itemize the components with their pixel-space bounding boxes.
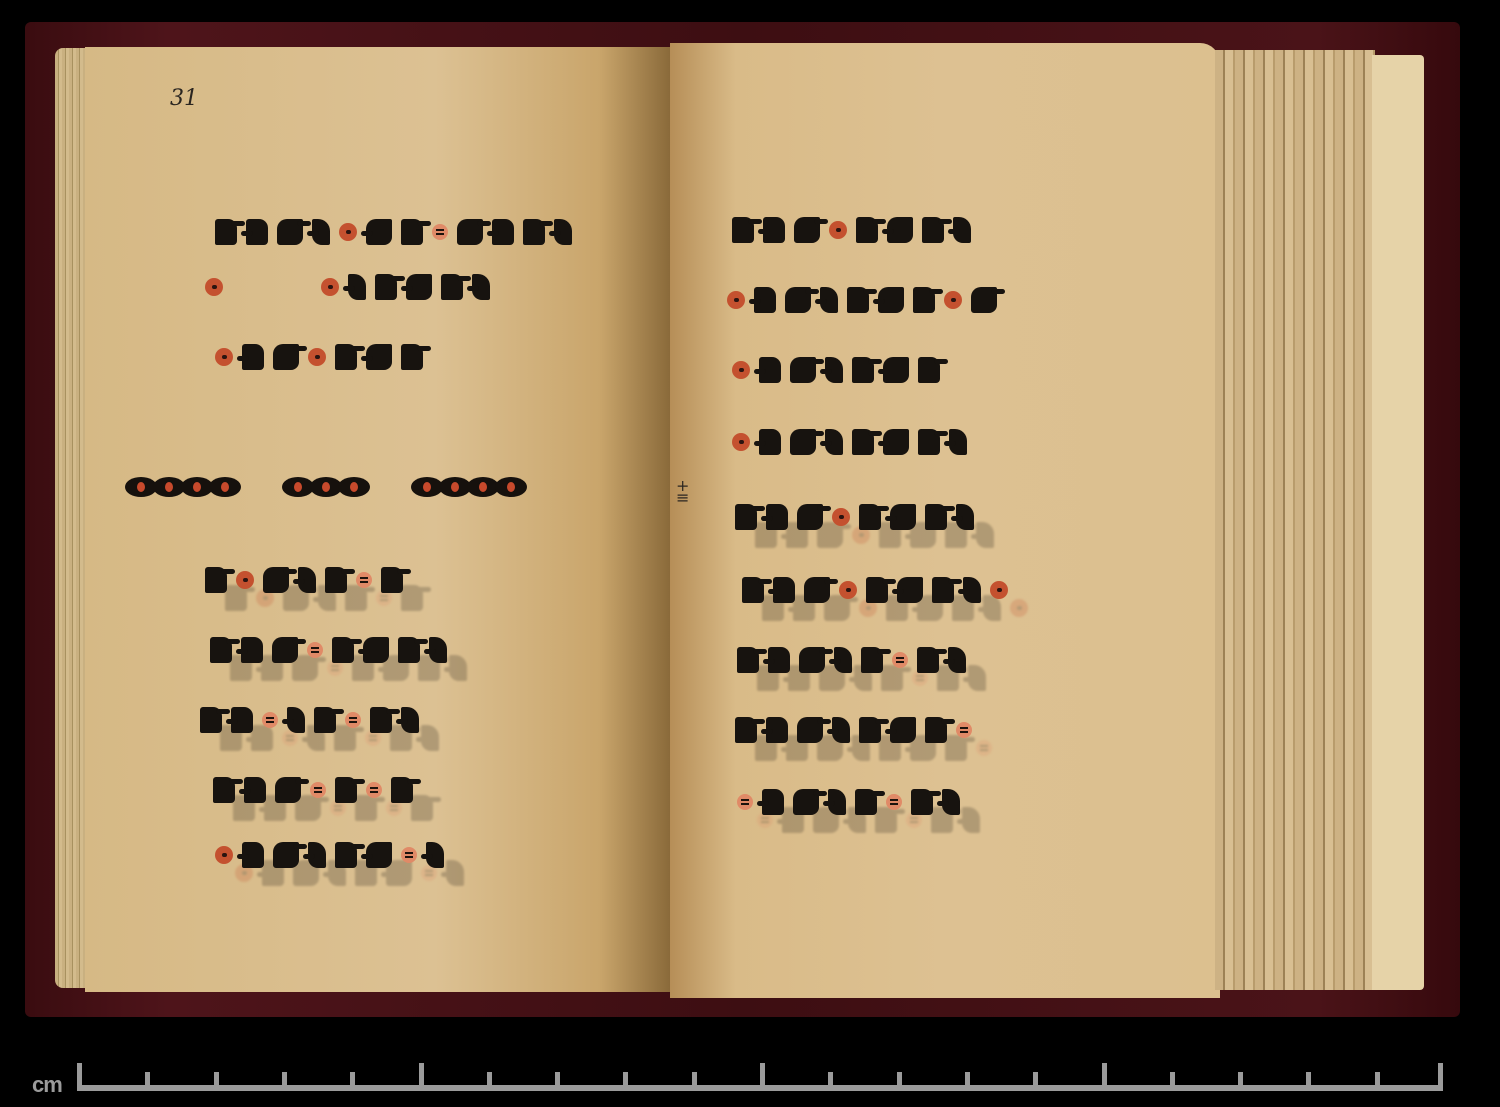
- script-glyph: [825, 357, 843, 383]
- script-glyph: [411, 795, 433, 821]
- red-word-divider: [215, 846, 233, 864]
- script-glyph: [847, 287, 869, 313]
- script-glyph: [932, 577, 954, 603]
- minor-tick: [1170, 1072, 1175, 1086]
- script-glyph: [883, 357, 909, 383]
- script-glyph: [852, 429, 874, 455]
- script-glyph: [366, 842, 392, 868]
- script-glyph: [834, 647, 852, 673]
- red-word-divider: [732, 361, 750, 379]
- red-word-divider: [732, 433, 750, 451]
- left-page-text-line: [215, 838, 444, 872]
- script-glyph: [200, 707, 222, 733]
- script-glyph: [398, 637, 420, 663]
- right-page-text-line: [737, 643, 966, 677]
- right-page-text-line: [735, 713, 972, 747]
- flyleaf: [1372, 55, 1424, 990]
- red-punctuation: [401, 847, 417, 863]
- major-tick: [760, 1063, 765, 1086]
- minor-tick: [1033, 1072, 1038, 1086]
- script-glyph: [971, 287, 997, 313]
- rubric-bead: [209, 477, 241, 497]
- right-page-text-line: [732, 353, 940, 387]
- script-glyph: [325, 567, 347, 593]
- script-glyph: [366, 344, 392, 370]
- red-punctuation: [976, 740, 992, 756]
- script-glyph: [523, 219, 545, 245]
- minor-tick: [282, 1072, 287, 1086]
- red-punctuation: [262, 712, 278, 728]
- script-glyph: [287, 707, 305, 733]
- red-word-divider: [839, 581, 857, 599]
- script-glyph: [911, 789, 933, 815]
- script-glyph: [735, 504, 757, 530]
- red-punctuation: [432, 224, 448, 240]
- script-glyph: [401, 707, 419, 733]
- script-glyph: [925, 717, 947, 743]
- script-glyph: [962, 807, 980, 833]
- red-word-divider: [339, 223, 357, 241]
- script-glyph: [820, 287, 838, 313]
- folio-number: 31: [170, 86, 198, 111]
- script-glyph: [215, 219, 237, 245]
- script-glyph: [332, 637, 354, 663]
- script-glyph: [370, 707, 392, 733]
- script-glyph: [242, 344, 264, 370]
- script-glyph: [794, 217, 820, 243]
- left-page-text-line: [210, 633, 447, 667]
- script-glyph: [925, 504, 947, 530]
- major-tick: [419, 1063, 424, 1086]
- left-page-text-line: [200, 703, 419, 737]
- script-glyph: [754, 287, 776, 313]
- script-glyph: [210, 637, 232, 663]
- script-glyph: [859, 504, 881, 530]
- section-divider: [125, 477, 237, 497]
- script-glyph: [859, 717, 881, 743]
- script-glyph: [768, 647, 790, 673]
- major-tick: [1438, 1063, 1443, 1086]
- script-glyph: [887, 217, 913, 243]
- script-glyph: [273, 344, 299, 370]
- script-glyph: [804, 577, 830, 603]
- script-glyph: [797, 717, 823, 743]
- red-punctuation: [366, 782, 382, 798]
- right-page-text-line: [735, 500, 974, 534]
- rubric-bead: [338, 477, 370, 497]
- script-glyph: [766, 504, 788, 530]
- red-punctuation: [356, 572, 372, 588]
- right-page-text-line: [737, 785, 960, 819]
- script-glyph: [828, 789, 846, 815]
- red-word-divider: [308, 348, 326, 366]
- major-tick: [1102, 1063, 1107, 1086]
- major-tick: [77, 1063, 82, 1086]
- scale-bar: cm: [30, 1060, 1450, 1100]
- script-glyph: [832, 717, 850, 743]
- script-glyph: [825, 429, 843, 455]
- script-glyph: [401, 585, 423, 611]
- script-glyph: [335, 777, 357, 803]
- script-glyph: [949, 429, 967, 455]
- script-glyph: [335, 344, 357, 370]
- script-glyph: [917, 647, 939, 673]
- script-glyph: [273, 842, 299, 868]
- script-glyph: [426, 842, 444, 868]
- left-page-text-line: [215, 215, 572, 249]
- script-glyph: [762, 789, 784, 815]
- script-glyph: [246, 219, 268, 245]
- minor-tick: [555, 1072, 560, 1086]
- minor-tick: [1238, 1072, 1243, 1086]
- script-glyph: [554, 219, 572, 245]
- script-glyph: [401, 344, 423, 370]
- rubric-bead: [495, 477, 527, 497]
- minor-tick: [1375, 1072, 1380, 1086]
- script-glyph: [449, 655, 467, 681]
- red-punctuation: [956, 722, 972, 738]
- red-word-divider: [829, 221, 847, 239]
- red-word-divider: [236, 571, 254, 589]
- minor-tick: [214, 1072, 219, 1086]
- script-glyph: [922, 217, 944, 243]
- script-glyph: [790, 357, 816, 383]
- script-glyph: [272, 637, 298, 663]
- script-glyph: [759, 357, 781, 383]
- script-glyph: [942, 789, 960, 815]
- red-word-divider: [321, 278, 339, 296]
- script-glyph: [348, 274, 366, 300]
- script-glyph: [421, 725, 439, 751]
- script-glyph: [785, 287, 811, 313]
- red-word-divider: [1010, 599, 1028, 617]
- red-punctuation: [307, 642, 323, 658]
- script-glyph: [855, 789, 877, 815]
- script-glyph: [918, 357, 940, 383]
- script-glyph: [861, 647, 883, 673]
- script-glyph: [231, 707, 253, 733]
- right-page-text-line: [727, 283, 997, 317]
- red-word-divider: [944, 291, 962, 309]
- script-glyph: [963, 577, 981, 603]
- right-page-edges: [1215, 50, 1375, 990]
- red-punctuation: [886, 794, 902, 810]
- script-glyph: [913, 287, 935, 313]
- red-punctuation: [892, 652, 908, 668]
- script-glyph: [759, 429, 781, 455]
- left-page-text-line: [125, 470, 559, 504]
- script-glyph: [737, 647, 759, 673]
- minor-tick: [1306, 1072, 1311, 1086]
- minor-tick: [623, 1072, 628, 1086]
- script-glyph: [878, 287, 904, 313]
- script-glyph: [441, 274, 463, 300]
- red-punctuation: [310, 782, 326, 798]
- script-glyph: [446, 860, 464, 886]
- script-glyph: [732, 217, 754, 243]
- script-glyph: [948, 647, 966, 673]
- script-glyph: [897, 577, 923, 603]
- red-word-divider: [832, 508, 850, 526]
- script-glyph: [976, 522, 994, 548]
- script-glyph: [457, 219, 483, 245]
- script-glyph: [742, 577, 764, 603]
- left-page-text-line: [213, 773, 413, 807]
- minor-tick: [145, 1072, 150, 1086]
- script-glyph: [890, 717, 916, 743]
- script-glyph: [308, 842, 326, 868]
- script-glyph: [241, 637, 263, 663]
- script-glyph: [366, 219, 392, 245]
- minor-tick: [965, 1072, 970, 1086]
- script-glyph: [335, 842, 357, 868]
- script-glyph: [953, 217, 971, 243]
- red-word-divider: [990, 581, 1008, 599]
- minor-tick: [692, 1072, 697, 1086]
- script-glyph: [890, 504, 916, 530]
- right-page-text-line: [732, 425, 967, 459]
- red-word-divider: [727, 291, 745, 309]
- script-glyph: [275, 777, 301, 803]
- section-divider: [411, 477, 523, 497]
- script-glyph: [956, 504, 974, 530]
- script-glyph: [375, 274, 397, 300]
- left-page-text-line: [215, 340, 423, 374]
- script-glyph: [856, 217, 878, 243]
- script-glyph: [918, 429, 940, 455]
- script-glyph: [797, 504, 823, 530]
- section-divider: [282, 477, 366, 497]
- right-page-text-line: [742, 573, 1008, 607]
- script-glyph: [277, 219, 303, 245]
- script-glyph: [298, 567, 316, 593]
- script-glyph: [406, 274, 432, 300]
- script-glyph: [213, 777, 235, 803]
- script-glyph: [205, 567, 227, 593]
- script-glyph: [312, 219, 330, 245]
- script-glyph: [401, 219, 423, 245]
- script-glyph: [429, 637, 447, 663]
- script-glyph: [766, 717, 788, 743]
- script-glyph: [391, 777, 413, 803]
- red-word-divider: [215, 348, 233, 366]
- script-glyph: [381, 567, 403, 593]
- script-glyph: [790, 429, 816, 455]
- script-glyph: [242, 842, 264, 868]
- script-glyph: [773, 577, 795, 603]
- script-glyph: [735, 717, 757, 743]
- script-glyph: [492, 219, 514, 245]
- script-glyph: [314, 707, 336, 733]
- script-glyph: [799, 647, 825, 673]
- minor-tick: [897, 1072, 902, 1086]
- left-page-text-line: [205, 270, 490, 304]
- red-word-divider: [205, 278, 223, 296]
- script-glyph: [793, 789, 819, 815]
- scale-unit-label: cm: [32, 1072, 62, 1098]
- minor-tick: [350, 1072, 355, 1086]
- minor-tick: [828, 1072, 833, 1086]
- script-glyph: [263, 567, 289, 593]
- marginal-note: + ≡: [676, 480, 690, 504]
- script-glyph: [852, 357, 874, 383]
- script-glyph: [883, 429, 909, 455]
- left-page-text-line: [205, 563, 403, 597]
- red-punctuation: [345, 712, 361, 728]
- script-glyph: [363, 637, 389, 663]
- minor-tick: [487, 1072, 492, 1086]
- red-punctuation: [737, 794, 753, 810]
- script-glyph: [866, 577, 888, 603]
- script-glyph: [472, 274, 490, 300]
- right-page-text-line: [732, 213, 971, 247]
- script-glyph: [763, 217, 785, 243]
- script-glyph: [968, 665, 986, 691]
- script-glyph: [244, 777, 266, 803]
